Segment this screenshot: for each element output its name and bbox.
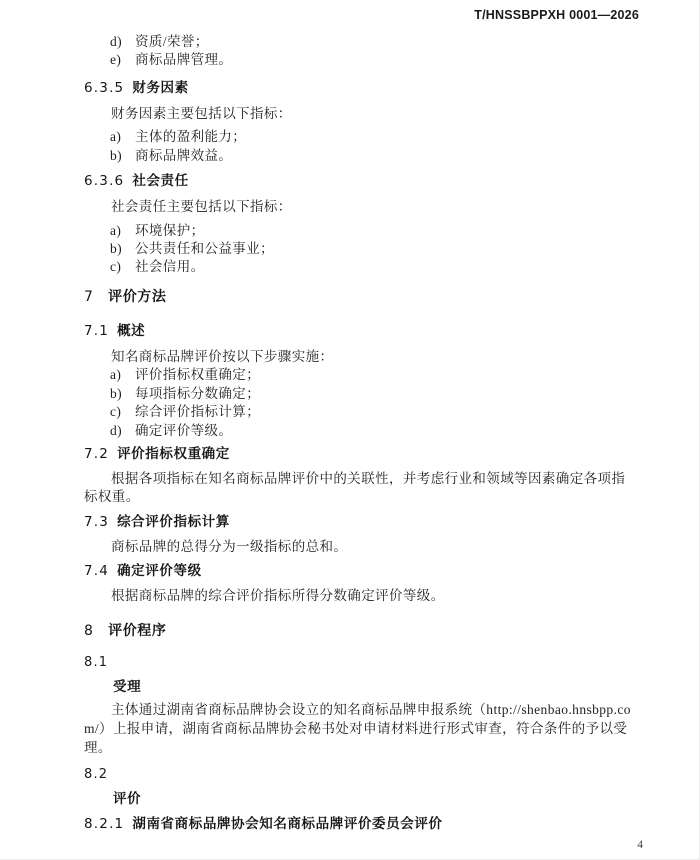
- list-item: b) 公共责任和公益事业；: [84, 240, 639, 258]
- list-item: a) 主体的盈利能力；: [84, 128, 639, 146]
- list-item: d) 资质/荣誉；: [84, 33, 639, 51]
- document-page: T/HNSSBPPXH 0001—2026 d) 资质/荣誉； e) 商标品牌管…: [0, 0, 700, 860]
- list-item-label: e): [110, 51, 135, 69]
- clause-heading-7-1: 7.1概述: [84, 322, 639, 340]
- list-item-text: 商标品牌效益。: [135, 147, 232, 165]
- clause-number: 7.4: [84, 563, 109, 579]
- clause-heading-7-2: 7.2评价指标权重确定: [84, 445, 639, 463]
- list-item-text: 主体的盈利能力；: [135, 128, 246, 146]
- clause-title-8-2: 评价: [84, 790, 639, 808]
- list-item-label: c): [110, 403, 135, 421]
- chapter-heading-8: 8评价程序: [84, 621, 639, 641]
- list-item: c) 综合评价指标计算；: [84, 403, 639, 421]
- list-item-label: d): [110, 422, 135, 440]
- list-item-text: 每项指标分数确定；: [135, 385, 260, 403]
- clause-title: 财务因素: [132, 80, 188, 95]
- list-item: a) 环境保护；: [84, 222, 639, 240]
- page-number: 4: [637, 838, 643, 852]
- list-7-1: a) 评价指标权重确定； b) 每项指标分数确定； c) 综合评价指标计算； d…: [84, 366, 639, 440]
- paragraph: 财务因素主要包括以下指标：: [84, 105, 639, 124]
- clause-title: 概述: [117, 323, 145, 338]
- clause-number-8-1: 8.1: [84, 654, 639, 672]
- chapter-title: 评价程序: [108, 622, 166, 638]
- list-item-text: 环境保护；: [135, 222, 205, 240]
- clause-title: 湖南省商标品牌协会知名商标品牌评价委员会评价: [132, 816, 442, 831]
- paragraph: 主体通过湖南省商标品牌协会设立的知名商标品牌申报系统（http://shenba…: [84, 701, 639, 757]
- clause-title: 确定评价等级: [117, 563, 202, 578]
- clause-title: 评价指标权重确定: [117, 446, 230, 461]
- list-item-text: 社会信用。: [135, 258, 205, 276]
- paragraph: 根据各项指标在知名商标品牌评价中的关联性，并考虑行业和领域等因素确定各项指标权重…: [84, 470, 639, 507]
- clause-heading-7-4: 7.4确定评价等级: [84, 562, 639, 580]
- list-item: b) 每项指标分数确定；: [84, 385, 639, 403]
- clause-number: 7.2: [84, 446, 109, 462]
- list-item-text: 确定评价等级。: [135, 422, 232, 440]
- list-item-label: b): [110, 147, 135, 165]
- clause-number: 7.3: [84, 514, 109, 530]
- list-item-label: d): [110, 33, 135, 51]
- clause-number: 6.3.5: [84, 80, 124, 96]
- carryover-list: d) 资质/荣誉； e) 商标品牌管理。: [84, 33, 639, 70]
- list-item-label: b): [110, 385, 135, 403]
- chapter-title: 评价方法: [108, 288, 166, 304]
- clause-title: 社会责任: [132, 173, 188, 188]
- list-item-label: a): [110, 222, 135, 240]
- paragraph: 商标品牌的总得分为一级指标的总和。: [84, 538, 639, 557]
- clause-heading-6-3-6: 6.3.6社会责任: [84, 172, 639, 190]
- chapter-number: 7: [84, 289, 94, 305]
- clause-number: 7.1: [84, 323, 109, 339]
- list-item-text: 资质/荣誉；: [135, 33, 209, 51]
- list-item: b) 商标品牌效益。: [84, 147, 639, 165]
- clause-title-8-1: 受理: [84, 678, 639, 696]
- list-item: a) 评价指标权重确定；: [84, 366, 639, 384]
- list-item-label: a): [110, 128, 135, 146]
- list-item-text: 公共责任和公益事业；: [135, 240, 274, 258]
- paragraph: 社会责任主要包括以下指标：: [84, 198, 639, 217]
- list-item-text: 商标品牌管理。: [135, 51, 232, 69]
- list-item: d) 确定评价等级。: [84, 422, 639, 440]
- chapter-number: 8: [84, 623, 94, 639]
- list-6-3-5: a) 主体的盈利能力； b) 商标品牌效益。: [84, 128, 639, 165]
- clause-number-8-2: 8.2: [84, 766, 639, 784]
- doc-code: T/HNSSBPPXH 0001—2026: [84, 8, 639, 22]
- list-item-text: 评价指标权重确定；: [135, 366, 260, 384]
- list-6-3-6: a) 环境保护； b) 公共责任和公益事业； c) 社会信用。: [84, 222, 639, 277]
- list-item: e) 商标品牌管理。: [84, 51, 639, 69]
- list-item-label: b): [110, 240, 135, 258]
- clause-number: 6.3.6: [84, 173, 124, 189]
- clause-heading-6-3-5: 6.3.5财务因素: [84, 79, 639, 97]
- clause-heading-7-3: 7.3综合评价指标计算: [84, 513, 639, 531]
- list-item-label: a): [110, 366, 135, 384]
- paragraph: 知名商标品牌评价按以下步骤实施：: [84, 348, 639, 367]
- list-item-label: c): [110, 258, 135, 276]
- list-item-text: 综合评价指标计算；: [135, 403, 260, 421]
- clause-title: 综合评价指标计算: [117, 514, 230, 529]
- list-item: c) 社会信用。: [84, 258, 639, 276]
- paragraph: 根据商标品牌的综合评价指标所得分数确定评价等级。: [84, 587, 639, 606]
- chapter-heading-7: 7评价方法: [84, 287, 639, 307]
- clause-heading-8-2-1: 8.2.1湖南省商标品牌协会知名商标品牌评价委员会评价: [84, 815, 639, 833]
- clause-number: 8.2.1: [84, 816, 124, 832]
